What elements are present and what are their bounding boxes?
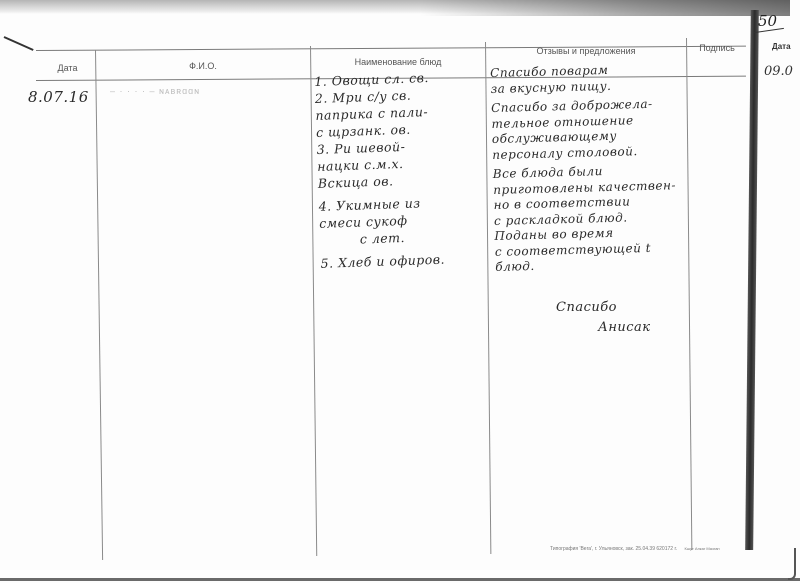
printer-imprint-small: Кшут Анкаг Мазган xyxy=(684,546,719,551)
dish-list: 1. Овощи сл. св. 2. Мри с/у св. паприка … xyxy=(314,69,445,272)
column-divider-review xyxy=(686,38,692,550)
dish-line: 5. Хлеб и офиров. xyxy=(320,251,445,272)
row-name-faint: ‒ · · · · ‒ ɴᴀʙʀɑɑɴ xyxy=(110,86,200,96)
dish-line: Вскица ов. xyxy=(318,171,443,192)
review-closing: Спасибо xyxy=(556,300,617,315)
corner-pen-mark xyxy=(4,36,34,51)
scanned-page: Дата Ф.И.О. Наименование блюд Отзывы и п… xyxy=(0,0,800,583)
next-page-header: Дата xyxy=(772,42,791,51)
header-date: Дата xyxy=(40,63,95,73)
row-date: 8.07.16 xyxy=(28,88,89,106)
printer-imprint: Типография 'Вега', г. Ульяновск, зак. 25… xyxy=(550,546,720,552)
book-binding xyxy=(745,10,759,550)
printer-imprint-text: Типография 'Вега', г. Ульяновск, зак. 25… xyxy=(550,546,677,552)
header-name: Ф.И.О. xyxy=(96,61,310,71)
review-text: Спасибо поварам за вкусную пищу. Спасибо… xyxy=(490,61,678,275)
reviewer-signature: Анисак xyxy=(598,320,651,335)
page-bottom-edge xyxy=(0,578,800,581)
header-dish: Наименование блюд xyxy=(311,57,485,67)
header-signature: Подпись xyxy=(688,43,746,53)
next-page-date: 09.0 xyxy=(764,64,793,79)
header-review: Отзывы и предложения xyxy=(486,46,686,56)
column-divider-date xyxy=(95,50,103,560)
scan-top-shadow-right xyxy=(420,0,790,16)
page-corner-curl xyxy=(788,548,796,580)
page-number: 50 xyxy=(758,12,777,30)
